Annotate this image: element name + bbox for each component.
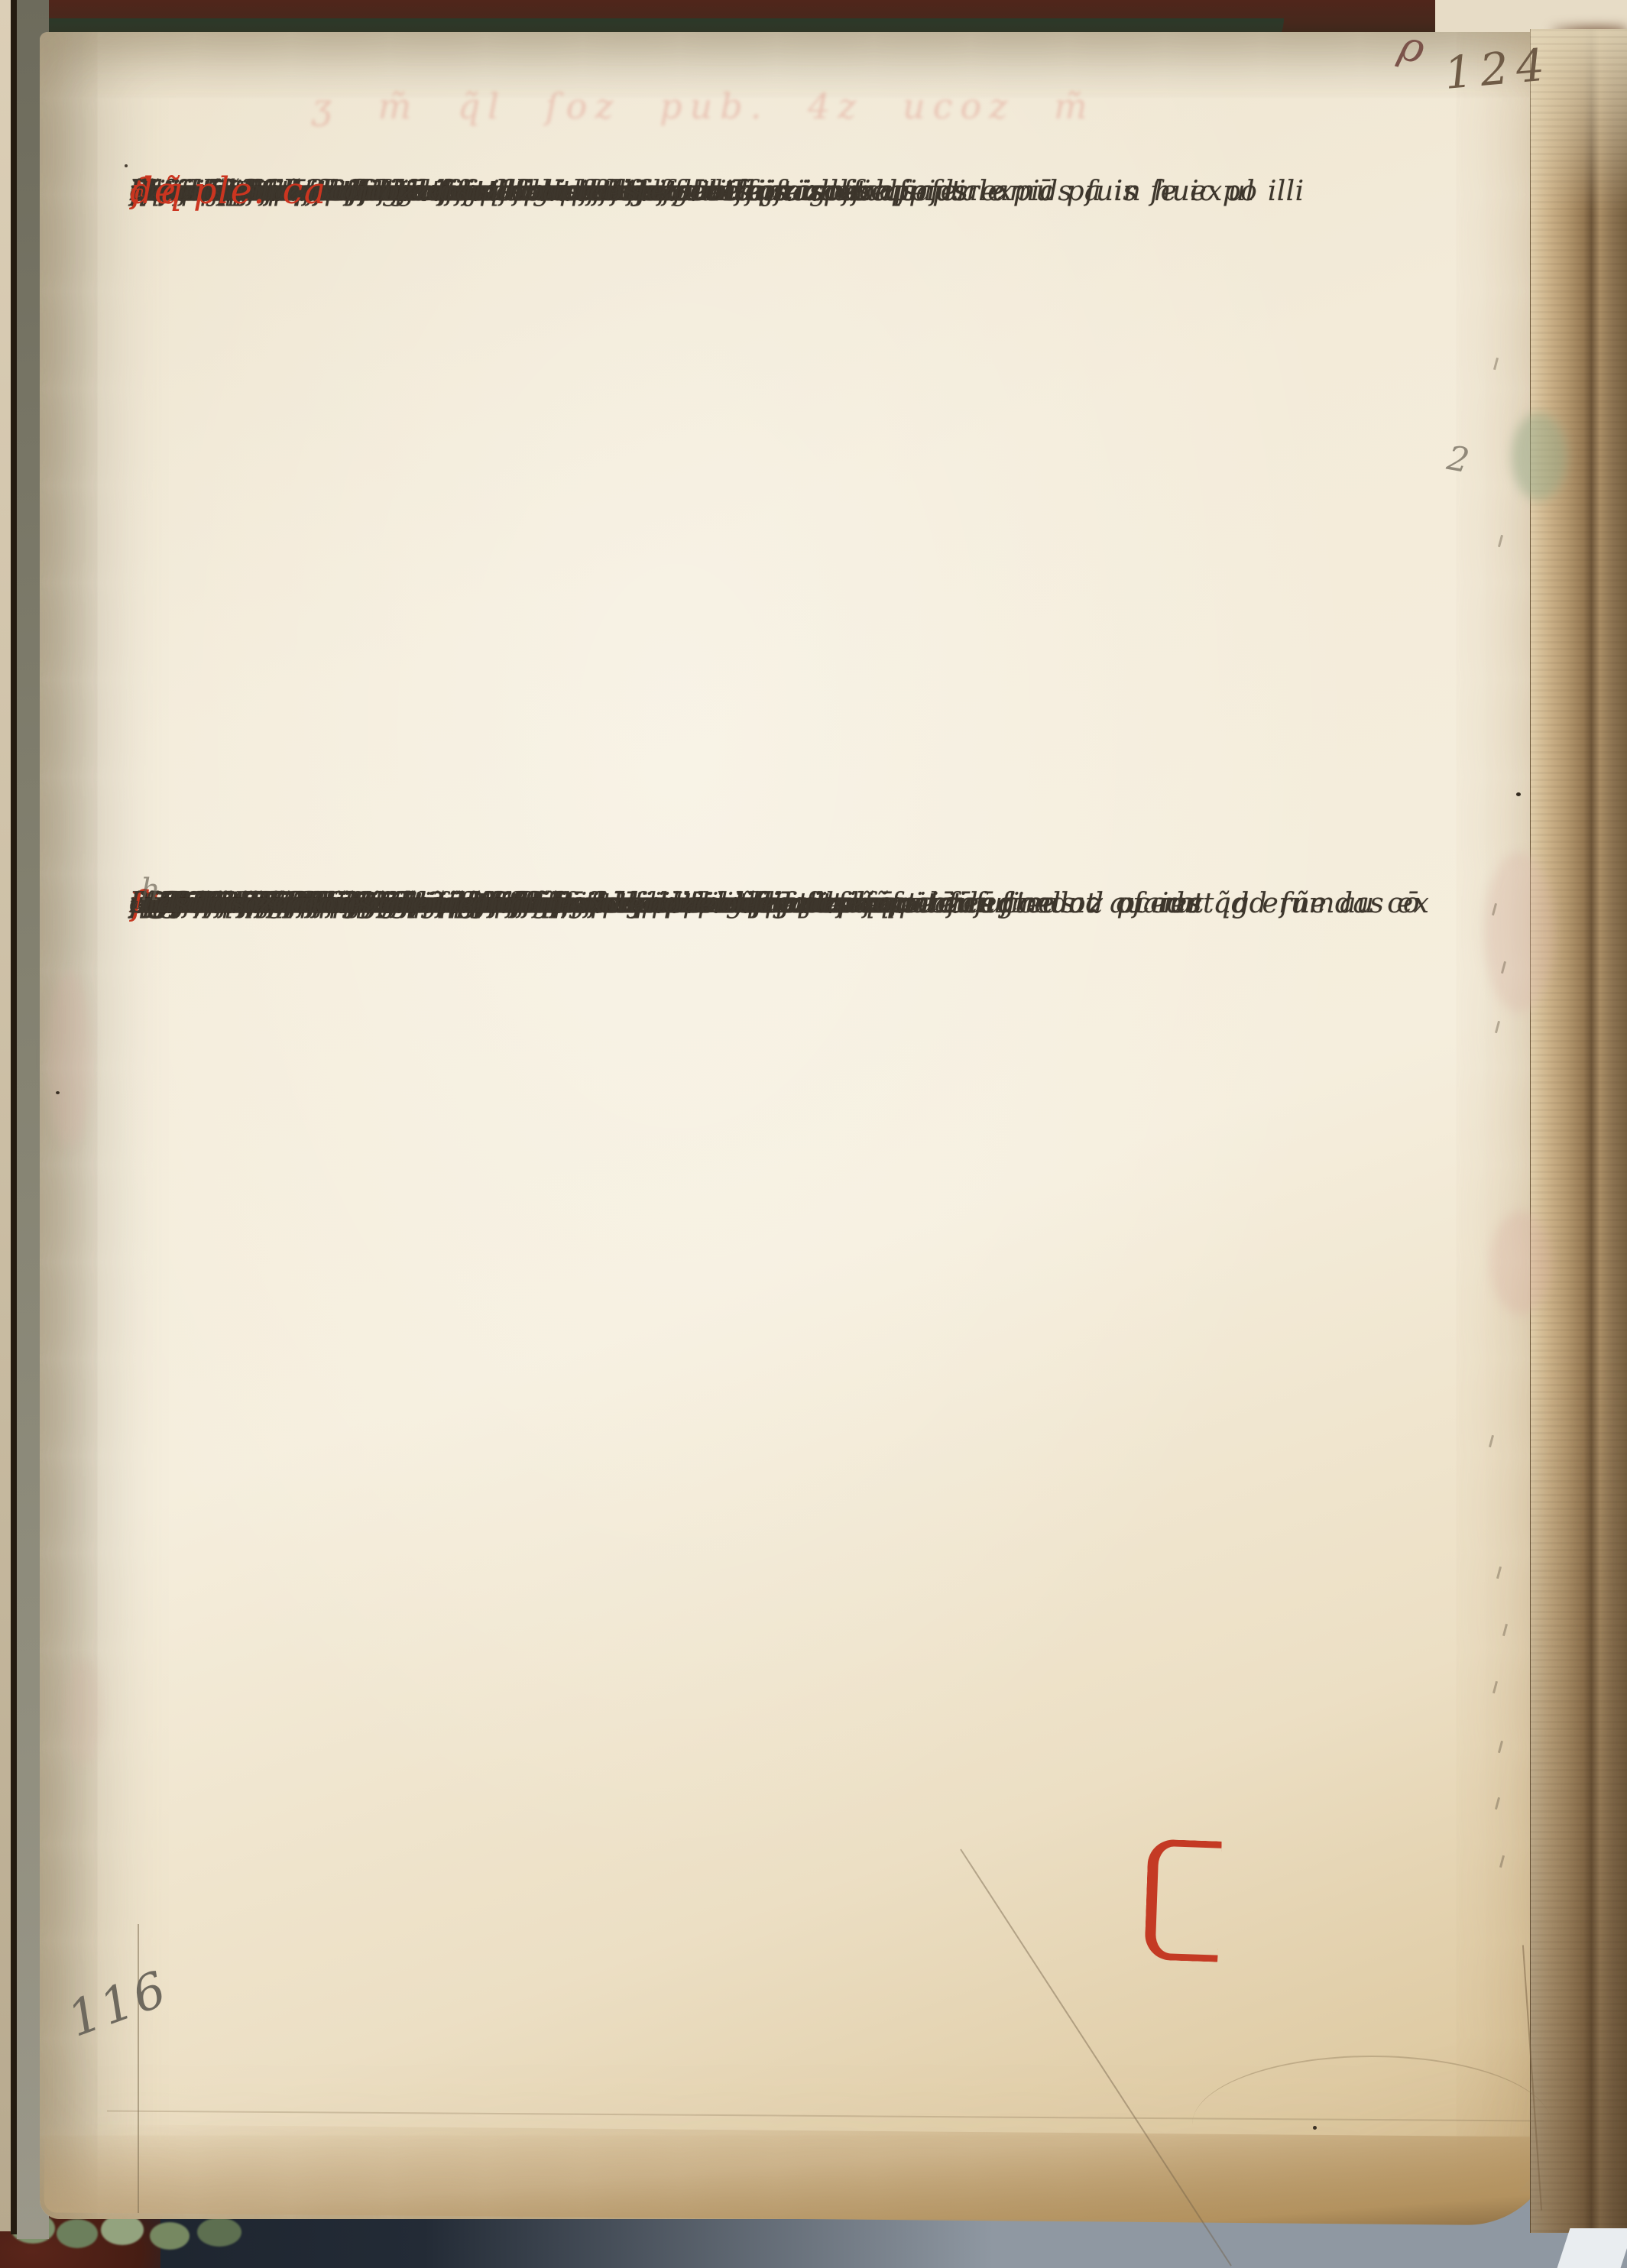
red-bracket-mark <box>1144 1839 1221 1962</box>
folio-number: 124 <box>1442 38 1554 99</box>
headband-bead <box>197 2218 241 2247</box>
page-bottom-edge <box>44 2124 1557 2225</box>
manuscript-page <box>40 32 1557 2219</box>
faded-rubric-showthrough: ʒ m̃ q̃l ſoz pub. 4z ucoz m̃ <box>312 86 1305 127</box>
ink-speck <box>125 164 128 167</box>
paragraph-margin-mark: h <box>141 873 160 908</box>
showthrough-gutter <box>64 1658 102 1765</box>
showthrough-pink <box>1484 852 1554 1013</box>
table-sliver <box>1557 2228 1627 2268</box>
headband-bead <box>57 2219 98 2248</box>
headband-bead <box>101 2215 144 2245</box>
fore-edge-page-stack <box>1530 29 1627 2233</box>
manuscript-photo: ʒ m̃ q̃l ſoz pub. 4z ucoz m̃ machiat ſMa… <box>0 0 1627 2268</box>
headband-bead <box>150 2222 190 2250</box>
ink-speck <box>1313 2126 1317 2130</box>
showthrough-pink <box>1490 1211 1551 1314</box>
ink-speck <box>1516 792 1521 796</box>
showthrough-green <box>1512 413 1567 501</box>
showthrough-gutter <box>47 970 92 1146</box>
ink-speck <box>56 1091 60 1094</box>
cover-edge <box>0 0 11 2231</box>
